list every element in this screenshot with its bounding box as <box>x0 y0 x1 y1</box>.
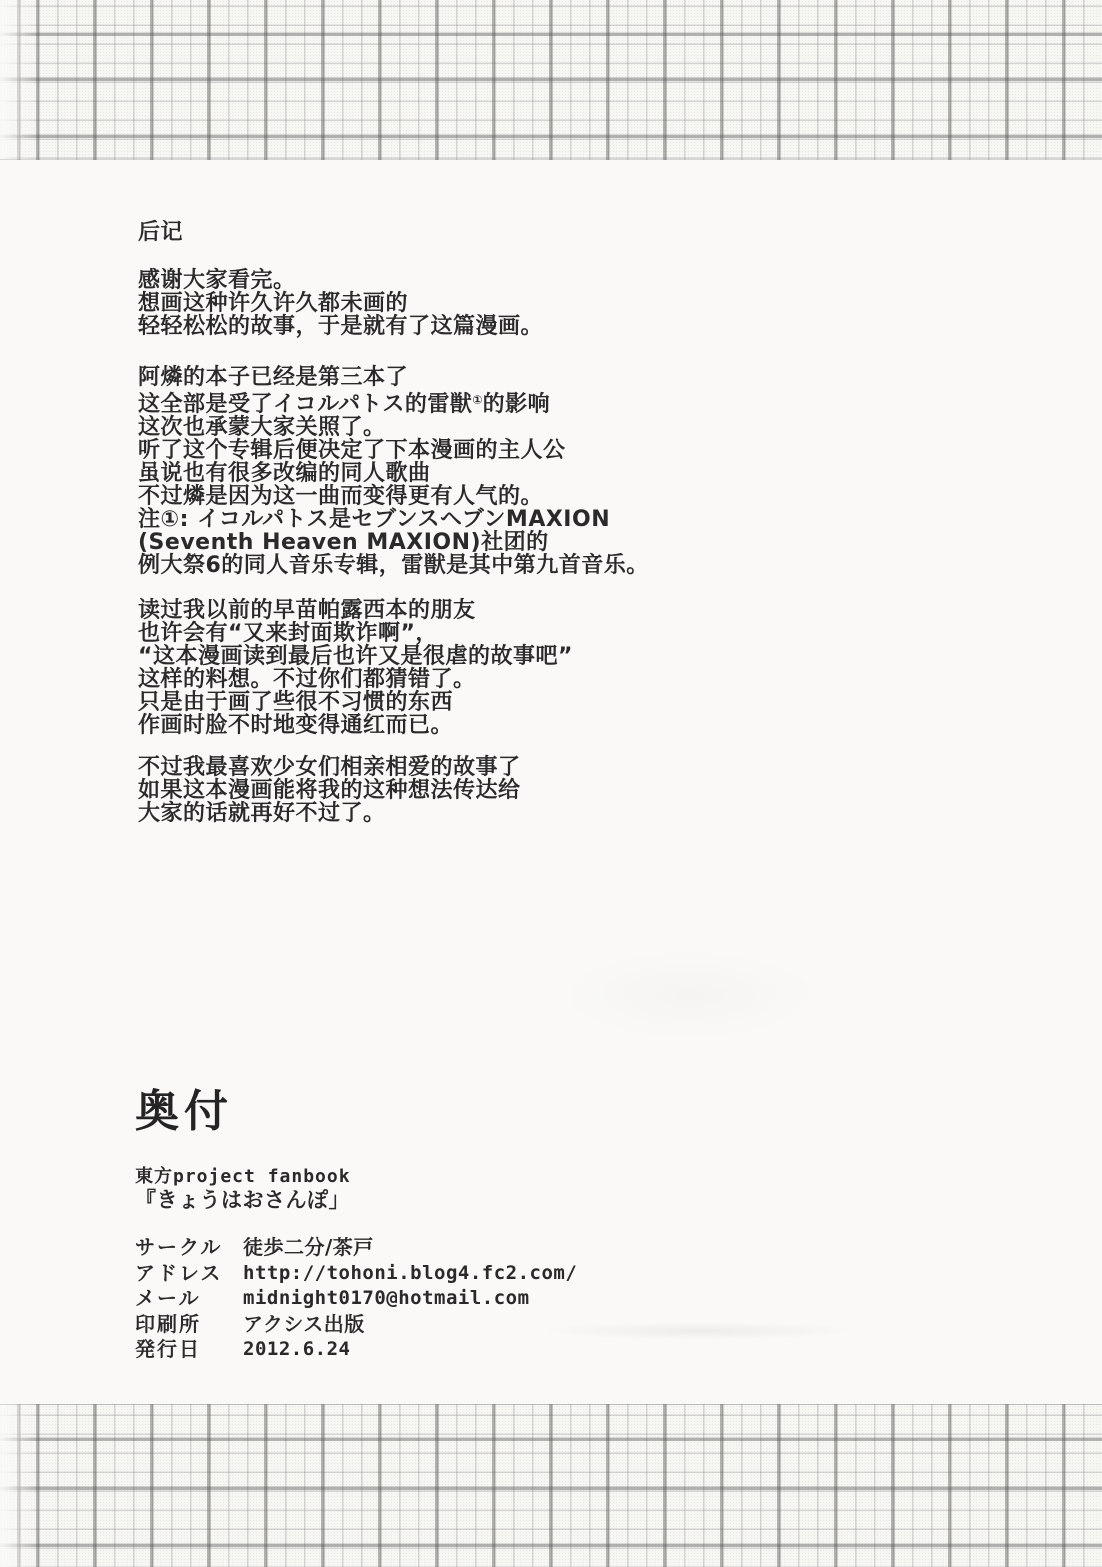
series-name: 東方project fanbook <box>135 1165 835 1188</box>
colophon-row-website: アドレス http://tohoni.blog4.fc2.com/ <box>135 1261 835 1287</box>
afterword-line: 感谢大家看完。 <box>138 269 778 292</box>
colophon-section: 奥付 東方project fanbook 『きょうはおさんぽ」 サークル 徒歩二… <box>135 1089 835 1363</box>
colophon-label: アドレス <box>135 1261 243 1287</box>
colophon-row-circle: サークル 徒歩二分/茶戸 <box>135 1235 835 1261</box>
afterword-line: 这次也承蒙大家关照了。 <box>138 416 778 439</box>
circle-name: 徒歩二分/茶戸 <box>243 1235 374 1261</box>
afterword-line-with-note-ref: 这全部是受了イコルパトス的雷獣①的影响 <box>138 389 778 416</box>
publication-date: 2012.6.24 <box>243 1337 350 1363</box>
afterword-line: 作画时脸不时地变得通红而已。 <box>138 714 778 737</box>
plaid-pattern-bottom <box>0 1404 1102 1567</box>
afterword-paragraph-3: 读过我以前的早苗帕露西本的朋友 也许会有“又来封面欺诈啊”， “这本漫画读到最后… <box>138 599 778 737</box>
colophon-label: 印刷所 <box>135 1312 243 1338</box>
book-title: 『きょうはおさんぽ」 <box>135 1188 835 1213</box>
plaid-pattern-top <box>0 0 1102 160</box>
afterword-line: 阿燐的本子已经是第三本了 <box>138 366 778 389</box>
printer-name: アクシス出版 <box>243 1312 365 1338</box>
afterword-paragraph-4: 不过我最喜欢少女们相亲相爱的故事了 如果这本漫画能将我的这种想法传达给 大家的话… <box>138 756 778 825</box>
note-reference-1: ① <box>472 393 482 407</box>
afterword-heading: 后记 <box>138 221 778 244</box>
afterword-paragraph-2: 阿燐的本子已经是第三本了 这全部是受了イコルパトス的雷獣①的影响 这次也承蒙大家… <box>138 366 778 508</box>
afterword-line: 读过我以前的早苗帕露西本的朋友 <box>138 599 778 622</box>
colophon-label: サークル <box>135 1235 243 1261</box>
footnote-line: (Seventh Heaven MAXION)社团的 <box>138 531 778 554</box>
afterword-line: 只是由于画了些很不习惯的东西 <box>138 691 778 714</box>
afterword-section: 后记 感谢大家看完。 想画这种许久许久都未画的 轻轻松松的故事，于是就有了这篇漫… <box>138 221 778 853</box>
website-url: http://tohoni.blog4.fc2.com/ <box>243 1261 577 1287</box>
colophon-row-email: メール midnight0170@hotmail.com <box>135 1286 835 1312</box>
colophon-heading: 奥付 <box>135 1089 835 1135</box>
colophon-table: サークル 徒歩二分/茶戸 アドレス http://tohoni.blog4.fc… <box>135 1235 835 1363</box>
email-address: midnight0170@hotmail.com <box>243 1286 530 1312</box>
afterword-line: 如果这本漫画能将我的这种想法传达给 <box>138 779 778 802</box>
colophon-row-printer: 印刷所 アクシス出版 <box>135 1312 835 1338</box>
colophon-row-date: 発行日 2012.6.24 <box>135 1337 835 1363</box>
footnote-line: 注①: イコルパトス是セブンスヘブンMAXION <box>138 508 778 531</box>
afterword-paragraph-1: 感谢大家看完。 想画这种许久许久都未画的 轻轻松松的故事，于是就有了这篇漫画。 <box>138 269 778 338</box>
scan-artifact <box>560 950 820 1040</box>
afterword-line: 听了这个专辑后便决定了下本漫画的主人公 <box>138 439 778 462</box>
afterword-line: 虽说也有很多改编的同人歌曲 <box>138 462 778 485</box>
afterword-line: 也许会有“又来封面欺诈啊”， <box>138 622 778 645</box>
line-text: 的影响 <box>483 392 551 417</box>
colophon-label: 発行日 <box>135 1337 243 1363</box>
afterword-line: 不过燐是因为这一曲而变得更有人气的。 <box>138 485 778 508</box>
afterword-footnote: 注①: イコルパトス是セブンスヘブンMAXION (Seventh Heaven… <box>138 508 778 577</box>
afterword-line: “这本漫画读到最后也许又是很虐的故事吧” <box>138 645 778 668</box>
scanned-doujin-page: 后记 感谢大家看完。 想画这种许久许久都未画的 轻轻松松的故事，于是就有了这篇漫… <box>0 0 1102 1567</box>
afterword-line: 轻轻松松的故事，于是就有了这篇漫画。 <box>138 315 778 338</box>
afterword-line: 大家的话就再好不过了。 <box>138 802 778 825</box>
colophon-label: メール <box>135 1286 243 1312</box>
afterword-line: 不过我最喜欢少女们相亲相爱的故事了 <box>138 756 778 779</box>
afterword-line: 想画这种许久许久都未画的 <box>138 292 778 315</box>
line-text: 这全部是受了イコルパトス的雷獣 <box>138 392 472 417</box>
footnote-line: 例大祭6的同人音乐专辑，雷獣是其中第九首音乐。 <box>138 554 778 577</box>
afterword-line: 这样的料想。不过你们都猜错了。 <box>138 668 778 691</box>
